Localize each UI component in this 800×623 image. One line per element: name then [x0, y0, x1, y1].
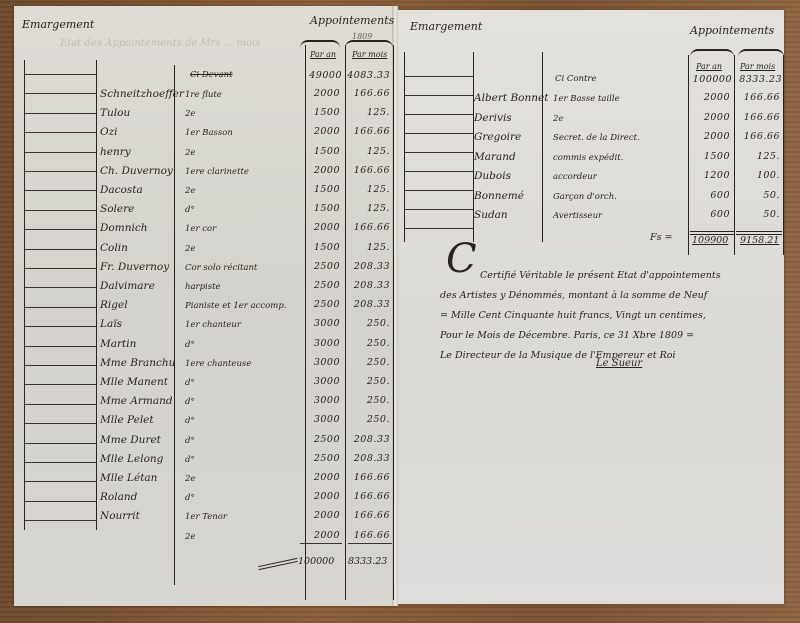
- salary-per-month: 166.66: [736, 112, 780, 123]
- salary-per-year: 2500: [296, 453, 340, 464]
- salary-per-year: 1500: [296, 242, 340, 253]
- staff-name: Derivis: [474, 112, 512, 124]
- staff-role: Avertisseur: [553, 211, 602, 221]
- staff-name: Gregoire: [474, 131, 521, 143]
- salary-per-year: 3000: [296, 318, 340, 329]
- cert-line-3: = Mille Cent Cinquante huit francs, Ving…: [440, 306, 780, 326]
- right-brace-month: [738, 49, 784, 57]
- musician-name: Rigel: [100, 299, 128, 311]
- cert-line-4: Pour le Mois de Décembre. Paris, ce 31 X…: [440, 326, 780, 346]
- left-ledger-row: Colin2e1500125.: [0, 242, 400, 262]
- salary-per-month: 50.: [736, 190, 780, 201]
- musician-role: Cor solo récitant: [185, 263, 257, 273]
- musician-name: Roland: [100, 491, 137, 503]
- carry-year-right: 100000: [688, 74, 732, 85]
- salary-per-month: 50.: [736, 209, 780, 220]
- staff-role: 1er Basse taille: [553, 94, 620, 104]
- right-brace-year: [690, 49, 734, 57]
- left-ledger-row: Rolandd°2000166.66: [0, 491, 400, 511]
- salary-per-year: 2000: [296, 491, 340, 502]
- staff-role: commis expédit.: [553, 153, 623, 163]
- staff-role: Secret. de la Direct.: [553, 133, 640, 143]
- musician-name: Colin: [100, 242, 128, 254]
- musician-role: d°: [185, 416, 195, 426]
- salary-per-month: 250.: [345, 376, 390, 387]
- certification-text: Certifié Véritable le présent Etat d'app…: [440, 266, 780, 366]
- salary-per-year: 3000: [296, 414, 340, 425]
- left-col-month-header: Par mois: [352, 50, 387, 59]
- left-ledger-row: Dalvimareharpiste2500208.33: [0, 280, 400, 300]
- salary-per-month: 250.: [345, 414, 390, 425]
- staff-role: accordeur: [553, 172, 597, 182]
- salary-per-year: 2000: [296, 472, 340, 483]
- right-col-year-header: Par an: [696, 62, 722, 71]
- left-total-rule-year: [300, 543, 342, 544]
- left-ledger-row: Mme Armandd°3000250.: [0, 395, 400, 415]
- musician-name: Nourrit: [100, 510, 140, 522]
- right-total-year: 109900: [692, 235, 728, 246]
- staff-name: Marand: [474, 151, 516, 163]
- right-carry-row: Ci Contre 100000 8333.23: [0, 74, 800, 94]
- salary-per-month: 250.: [345, 395, 390, 406]
- musician-role: d°: [185, 493, 195, 503]
- salary-per-month: 250.: [345, 338, 390, 349]
- salary-per-month: 166.66: [345, 510, 390, 521]
- salary-per-year: 2000: [296, 530, 340, 541]
- musician-name: Mlle Lelong: [100, 453, 163, 465]
- director-signature: Le Sueur: [596, 358, 642, 369]
- salary-per-year: 1500: [686, 151, 730, 162]
- musician-role: 2e: [185, 244, 195, 254]
- right-ledger-row: Albert Bonnet1er Basse taille2000166.66: [0, 92, 800, 112]
- left-ledger-row: RigelPianiste et 1er accomp.2500208.33: [0, 299, 400, 319]
- right-ledger-row: Derivis2e2000166.66: [0, 112, 800, 132]
- left-col-year-header: Par an: [310, 50, 336, 59]
- salary-per-month: 166.66: [345, 530, 390, 541]
- left-total-rule-month: [348, 543, 392, 544]
- left-appointements-header: Appointements: [310, 14, 394, 27]
- musician-role: 2e: [185, 532, 195, 542]
- musician-role: 2e: [185, 474, 195, 484]
- musician-name: Mme Branchu: [100, 357, 175, 369]
- salary-per-year: 1200: [686, 170, 730, 181]
- salary-per-month: 208.33: [345, 261, 390, 272]
- left-ledger-row: Mme Branchu1ere chanteuse3000250.: [0, 357, 400, 377]
- musician-role: d°: [185, 455, 195, 465]
- staff-role: Garçon d'orch.: [553, 192, 617, 202]
- left-total-year: 100000: [298, 556, 334, 567]
- salary-per-year: 2000: [296, 510, 340, 521]
- musician-name: Mlle Létan: [100, 472, 157, 484]
- salary-per-month: 250.: [345, 357, 390, 368]
- right-ledger-row: BonneméGarçon d'orch.60050.: [0, 190, 800, 210]
- cert-line-1: Certifié Véritable le présent Etat d'app…: [440, 266, 780, 286]
- musician-role: 1er chanteur: [185, 320, 241, 330]
- carry-label-right: Ci Contre: [555, 74, 597, 84]
- staff-name: Albert Bonnet: [474, 92, 548, 104]
- right-total-month: 9158.21: [740, 235, 779, 246]
- salary-per-year: 2500: [296, 434, 340, 445]
- salary-per-year: 2000: [686, 112, 730, 123]
- right-ledger-row: GregoireSecret. de la Direct.2000166.66: [0, 131, 800, 151]
- salary-per-month: 100.: [736, 170, 780, 181]
- salary-per-year: 2500: [296, 280, 340, 291]
- musician-role: harpiste: [185, 282, 221, 292]
- salary-per-month: 250.: [345, 318, 390, 329]
- salary-per-year: 2500: [296, 299, 340, 310]
- carry-month-right: 8333.23: [736, 74, 782, 85]
- left-emargement-header: Emargement: [22, 18, 94, 31]
- right-total-label: Fs =: [650, 232, 672, 243]
- staff-name: Dubois: [474, 170, 511, 182]
- musician-role: d°: [185, 436, 195, 446]
- right-col-month-header: Par mois: [740, 62, 775, 71]
- salary-per-year: 600: [686, 190, 730, 201]
- left-ledger-row: Mlle Peletd°3000250.: [0, 414, 400, 434]
- salary-per-month: 166.66: [736, 131, 780, 142]
- salary-per-month: 125.: [345, 242, 390, 253]
- staff-name: Sudan: [474, 209, 508, 221]
- right-ledger-row: Duboisaccordeur1200100.: [0, 170, 800, 190]
- salary-per-month: 208.33: [345, 453, 390, 464]
- brace-month-col: [345, 40, 393, 48]
- right-emargement-header: Emargement: [410, 20, 482, 33]
- musician-role: d°: [185, 397, 195, 407]
- left-ledger-row: Mme Duretd°2500208.33: [0, 434, 400, 454]
- salary-per-year: 3000: [296, 338, 340, 349]
- right-ledger-row: Marandcommis expédit.1500125.: [0, 151, 800, 171]
- musician-name: Laïs: [100, 318, 122, 330]
- salary-per-month: 208.33: [345, 434, 390, 445]
- left-ledger-row: Mlle Lelongd°2500208.33: [0, 453, 400, 473]
- salary-per-month: 166.66: [345, 491, 390, 502]
- musician-role: 1er Tenor: [185, 512, 227, 522]
- cert-line-2: des Artistes y Dénommés, montant à la so…: [440, 286, 780, 306]
- salary-per-year: 2000: [686, 131, 730, 142]
- musician-role: d°: [185, 378, 195, 388]
- musician-name: Fr. Duvernoy: [100, 261, 169, 273]
- salary-per-month: 166.66: [345, 472, 390, 483]
- right-ledger-row: SudanAvertisseur60050.: [0, 209, 800, 229]
- musician-role: d°: [185, 340, 195, 350]
- musician-role: 1ere chanteuse: [185, 359, 251, 369]
- staff-role: 2e: [553, 114, 563, 124]
- left-ledger-row: Mlle Létan2e2000166.66: [0, 472, 400, 492]
- right-appointements-header: Appointements: [690, 24, 774, 37]
- salary-per-year: 3000: [296, 395, 340, 406]
- salary-per-month: 125.: [736, 151, 780, 162]
- bleed-through-text: Etat des Appointements de Mrs ... mois: [60, 38, 260, 49]
- left-ledger-row: 2e2000166.66: [0, 530, 400, 550]
- salary-per-month: 166.66: [736, 92, 780, 103]
- musician-name: Martin: [100, 338, 136, 350]
- brace-year-col: [300, 40, 340, 48]
- left-ledger-row: Fr. DuvernoyCor solo récitant2500208.33: [0, 261, 400, 281]
- salary-per-year: 2000: [686, 92, 730, 103]
- left-ledger-row: Mlle Manentd°3000250.: [0, 376, 400, 396]
- musician-role: Pianiste et 1er accomp.: [185, 301, 286, 311]
- left-ledger-row: Nourrit1er Tenor2000166.66: [0, 510, 400, 530]
- salary-per-year: 600: [686, 209, 730, 220]
- salary-per-year: 2500: [296, 261, 340, 272]
- salary-per-month: 208.33: [345, 299, 390, 310]
- musician-name: Mme Armand: [100, 395, 173, 407]
- musician-name: Mlle Manent: [100, 376, 168, 388]
- musician-name: Mlle Pelet: [100, 414, 154, 426]
- left-ledger-row: Laïs1er chanteur3000250.: [0, 318, 400, 338]
- musician-name: Dalvimare: [100, 280, 155, 292]
- staff-name: Bonnemé: [474, 190, 524, 202]
- salary-per-month: 208.33: [345, 280, 390, 291]
- musician-name: Mme Duret: [100, 434, 161, 446]
- salary-per-year: 3000: [296, 376, 340, 387]
- salary-per-year: 3000: [296, 357, 340, 368]
- left-ledger-row: Martind°3000250.: [0, 338, 400, 358]
- left-total-month: 8333.23: [348, 556, 387, 567]
